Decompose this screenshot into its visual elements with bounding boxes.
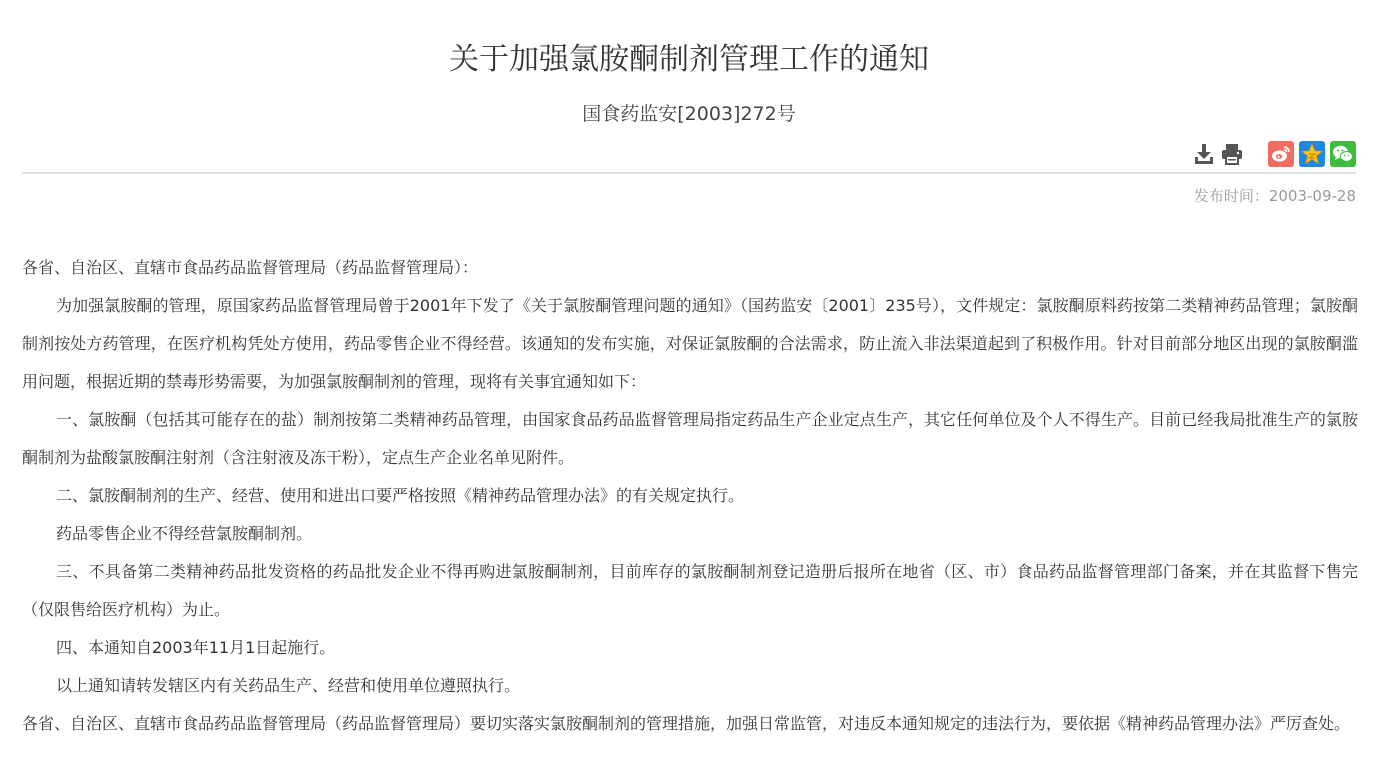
qzone-star-icon <box>1301 143 1323 165</box>
print-icon[interactable] <box>1221 142 1243 166</box>
body-paragraph: 以上通知请转发辖区内有关药品生产、经营和使用单位遵照执行。 <box>22 667 1358 705</box>
publish-date: 发布时间：2003-09-28 <box>1194 185 1356 207</box>
wechat-icon <box>1332 144 1354 164</box>
download-icon[interactable] <box>1193 142 1215 166</box>
body-paragraph: 一、氯胺酮（包括其可能存在的盐）制剂按第二类精神药品管理，由国家食品药品监督管理… <box>22 401 1358 477</box>
article-toolbar <box>1187 140 1356 168</box>
document-body: 各省、自治区、直辖市食品药品监督管理局（药品监督管理局）： 为加强氯胺酮的管理，… <box>22 249 1358 743</box>
closing-paragraph: 各省、自治区、直辖市食品药品监督管理局（药品监督管理局）要切实落实氯胺酮制剂的管… <box>22 705 1358 743</box>
document-number: 国食药监安[2003]272号 <box>0 100 1378 128</box>
body-paragraph: 三、不具备第二类精神药品批发资格的药品批发企业不得再购进氯胺酮制剂，目前库存的氯… <box>22 553 1358 629</box>
body-paragraph: 四、本通知自2003年11月1日起施行。 <box>22 629 1358 667</box>
document-title: 关于加强氯胺酮制剂管理工作的通知 <box>0 38 1378 82</box>
share-wechat-button[interactable] <box>1330 141 1356 167</box>
weibo-icon <box>1271 145 1291 163</box>
body-paragraph: 药品零售企业不得经营氯胺酮制剂。 <box>22 515 1358 553</box>
body-paragraph: 为加强氯胺酮的管理，原国家药品监督管理局曾于2001年下发了《关于氯胺酮管理问题… <box>22 287 1358 401</box>
share-weibo-button[interactable] <box>1268 141 1294 167</box>
share-qzone-button[interactable] <box>1299 141 1325 167</box>
body-paragraph: 二、氯胺酮制剂的生产、经营、使用和进出口要严格按照《精神药品管理办法》的有关规定… <box>22 477 1358 515</box>
salutation: 各省、自治区、直辖市食品药品监督管理局（药品监督管理局）： <box>22 249 1358 287</box>
header-divider <box>22 172 1356 174</box>
